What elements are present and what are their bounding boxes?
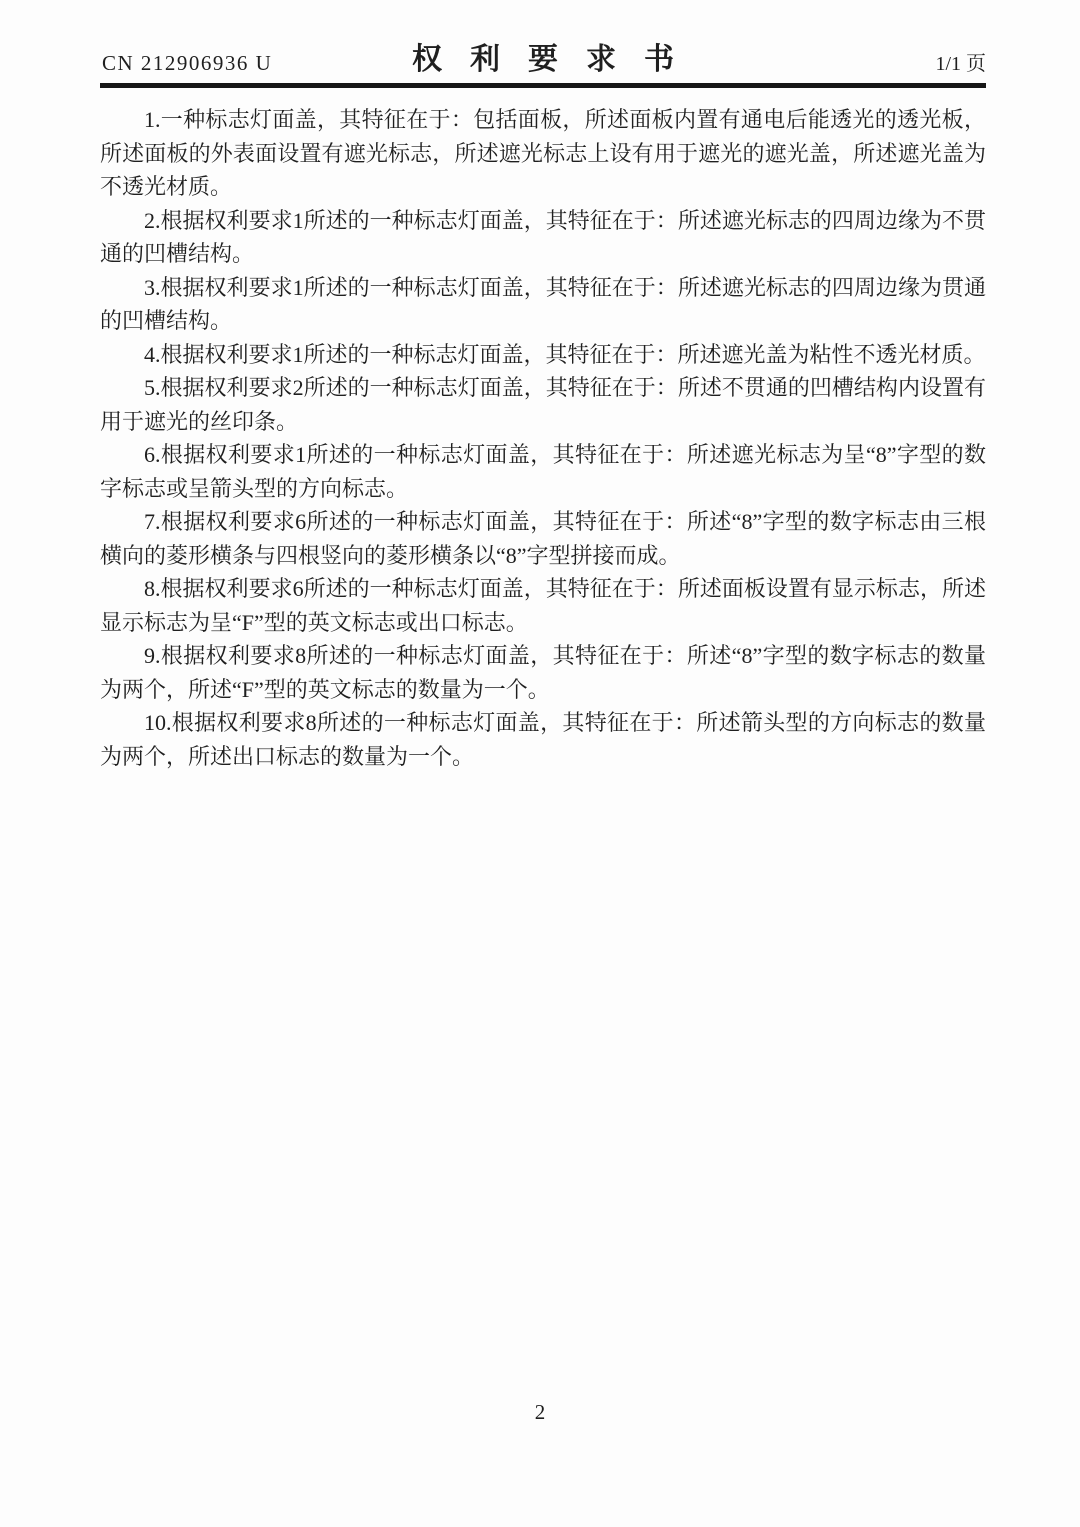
claim-paragraph-1: 1.一种标志灯面盖，其特征在于：包括面板，所述面板内置有通电后能透光的透光板，所… [100,103,986,204]
footer-page-number: 2 [535,1400,546,1424]
patent-claims-page: CN 212906936 U 权利要求书 1/1 页 1.一种标志灯面盖，其特征… [0,0,1080,1527]
header-page-indicator: 1/1 页 [935,47,986,76]
claim-paragraph-10: 10.根据权利要求8所述的一种标志灯面盖，其特征在于：所述箭头型的方向标志的数量… [100,706,986,773]
page-header: CN 212906936 U 权利要求书 1/1 页 [100,46,986,88]
claim-paragraph-2: 2.根据权利要求1所述的一种标志灯面盖，其特征在于：所述遮光标志的四周边缘为不贯… [100,204,986,271]
claim-paragraph-3: 3.根据权利要求1所述的一种标志灯面盖，其特征在于：所述遮光标志的四周边缘为贯通… [100,271,986,338]
page-title: 权利要求书 [412,34,702,78]
claim-paragraph-6: 6.根据权利要求1所述的一种标志灯面盖，其特征在于：所述遮光标志为呈“8”字型的… [100,438,986,505]
document-number: CN 212906936 U [102,51,272,76]
claim-paragraph-9: 9.根据权利要求8所述的一种标志灯面盖，其特征在于：所述“8”字型的数字标志的数… [100,639,986,706]
claims-section: 1.一种标志灯面盖，其特征在于：包括面板，所述面板内置有通电后能透光的透光板，所… [100,103,986,773]
claim-paragraph-8: 8.根据权利要求6所述的一种标志灯面盖，其特征在于：所述面板设置有显示标志，所述… [100,572,986,639]
claim-paragraph-5: 5.根据权利要求2所述的一种标志灯面盖，其特征在于：所述不贯通的凹槽结构内设置有… [100,371,986,438]
claim-paragraph-4: 4.根据权利要求1所述的一种标志灯面盖，其特征在于：所述遮光盖为粘性不透光材质。 [100,338,986,372]
claim-paragraph-7: 7.根据权利要求6所述的一种标志灯面盖，其特征在于：所述“8”字型的数字标志由三… [100,505,986,572]
page-footer: 2 [0,1400,1080,1425]
